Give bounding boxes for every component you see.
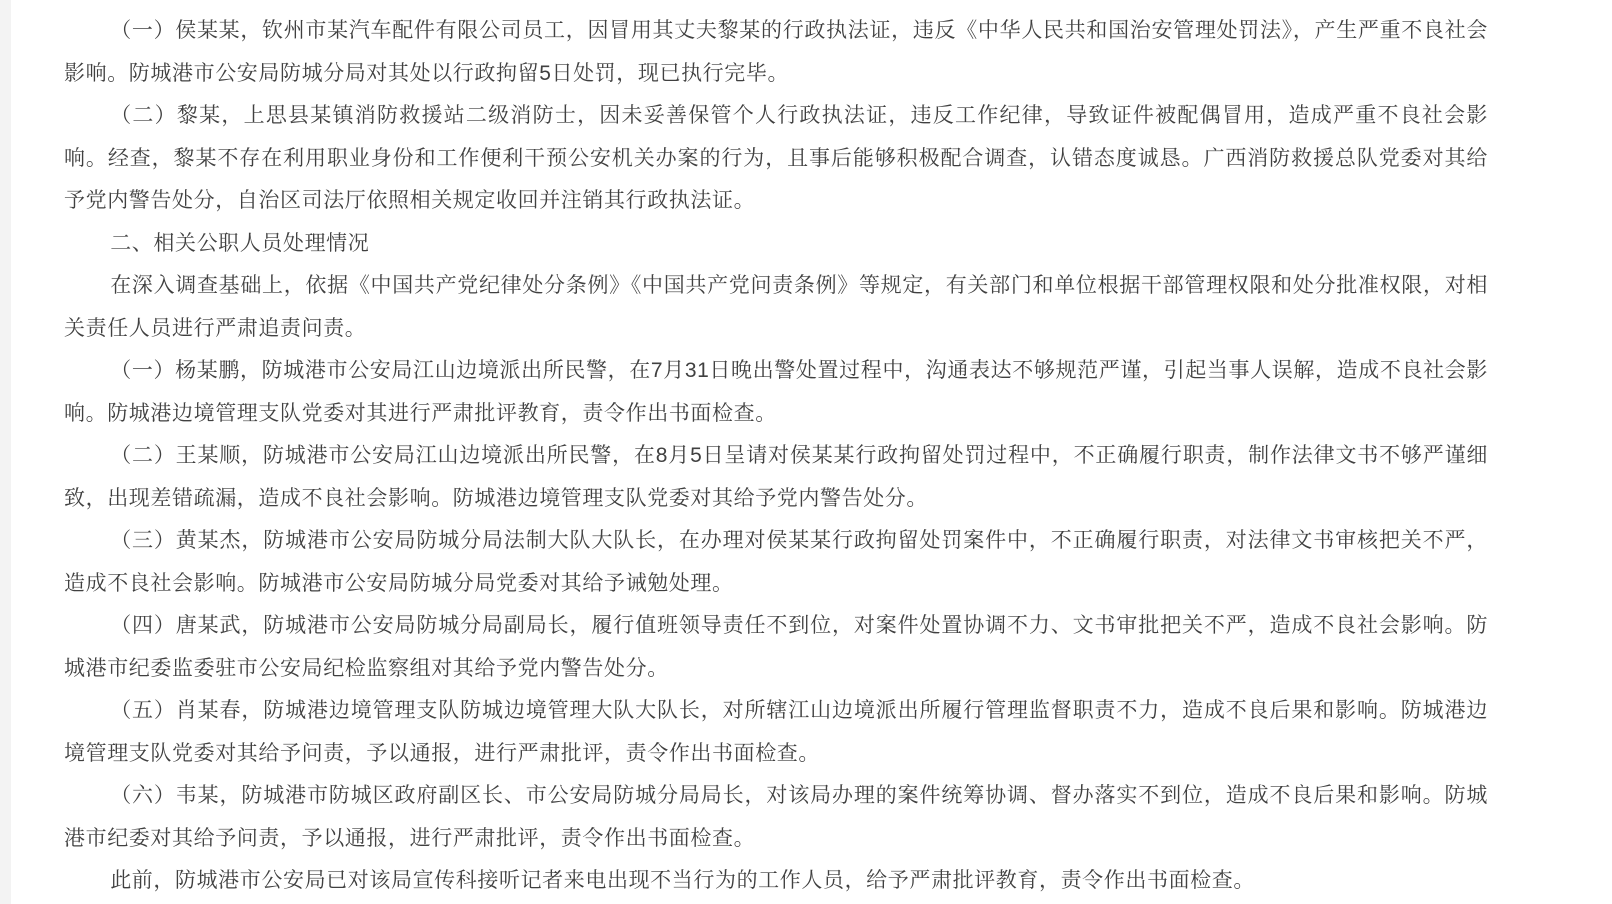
paragraph-penalty-li: （二）黎某，上思县某镇消防救援站二级消防士，因未妥善保管个人行政执法证，违反工作… xyxy=(64,95,1488,223)
page-left-gutter xyxy=(0,0,11,904)
paragraph-investigation-basis: 在深入调查基础上，依据《中国共产党纪律处分条例》《中国共产党问责条例》等规定，有… xyxy=(64,265,1488,350)
paragraph-previous-action: 此前，防城港市公安局已对该局宣传科接听记者来电出现不当行为的工作人员，给予严肃批… xyxy=(64,860,1488,903)
paragraph-official-huang: （三）黄某杰，防城港市公安局防城分局法制大队大队长，在办理对侯某某行政拘留处罚案… xyxy=(64,520,1488,605)
paragraph-official-wei: （六）韦某，防城港市防城区政府副区长、市公安局防城分局局长，对该局办理的案件统筹… xyxy=(64,775,1488,860)
paragraph-official-yang: （一）杨某鹏，防城港市公安局江山边境派出所民警，在7月31日晚出警处置过程中，沟… xyxy=(64,350,1488,435)
paragraph-penalty-hou: （一）侯某某，钦州市某汽车配件有限公司员工，因冒用其丈夫黎某的行政执法证，违反《… xyxy=(64,10,1488,95)
paragraph-official-tang: （四）唐某武，防城港市公安局防城分局副局长，履行值班领导责任不到位，对案件处置协… xyxy=(64,605,1488,690)
paragraph-official-wang: （二）王某顺，防城港市公安局江山边境派出所民警，在8月5日呈请对侯某某行政拘留处… xyxy=(64,435,1488,520)
section-heading-officials-handling: 二、相关公职人员处理情况 xyxy=(64,223,1488,266)
paragraph-official-xiao: （五）肖某春，防城港边境管理支队防城边境管理大队大队长，对所辖江山边境派出所履行… xyxy=(64,690,1488,775)
article-body: （一）侯某某，钦州市某汽车配件有限公司员工，因冒用其丈夫黎某的行政执法证，违反《… xyxy=(64,0,1488,903)
